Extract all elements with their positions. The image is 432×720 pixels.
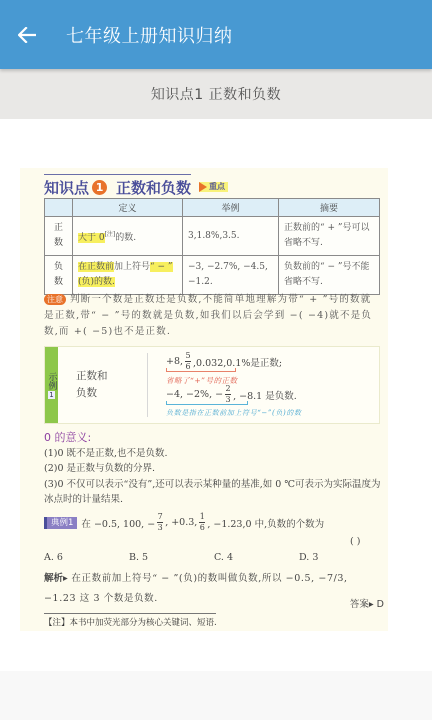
- zero-meaning-section: 0 的意义: (1)0 既不是正数,也不是负数. (2)0 是正数与负数的分界.…: [44, 430, 384, 508]
- footnote-mark: [注]: [105, 231, 116, 238]
- table-header: [45, 199, 73, 217]
- zero-meaning-item: (1)0 既不是正数,也不是负数.: [44, 446, 384, 462]
- kp-title-text: 正数和负数: [116, 177, 191, 198]
- choice-c: C. 4: [214, 552, 299, 563]
- footnote: 【注】本书中加荧光部分为核心关键词、短语.: [44, 613, 216, 628]
- numerator: 1: [200, 513, 205, 521]
- example-label-line: 正数和: [76, 368, 147, 385]
- knowledge-point-title: 知识点 1 正数和负数: [44, 174, 191, 200]
- attention-note: 注意判断一个数是正数还是负数,不能简单地理解为带“ + ”号的数就是正数,带“ …: [44, 292, 380, 340]
- kp-number-badge: 1: [92, 180, 107, 195]
- table-row: 正数 大于 0[注]的数. 3,1.8%,3.5. 正数前的“ + ”号可以省略…: [45, 217, 380, 256]
- example-cell: 3,1.8%,3.5.: [183, 217, 279, 256]
- analysis: 解析▸ 在正数前加上符号“ − ”(负)的数叫做负数,所以 −0.5, −7/3…: [44, 569, 384, 609]
- example-label: 正数和 负数: [58, 353, 148, 417]
- text: , −8.1 是负数.: [233, 388, 297, 402]
- textbook-page-image[interactable]: 知识点 1 正数和负数 重点 定义 举例 摘要 正数 大于 0[注]的数.: [20, 168, 388, 631]
- choice-b: B. 5: [129, 552, 214, 563]
- fraction: 16: [199, 513, 205, 532]
- answer: 答案▸ D: [350, 595, 384, 615]
- row-label: 负数: [45, 256, 73, 295]
- row-label: 正数: [45, 217, 73, 256]
- text: 在 −0.5, 100, −: [81, 516, 155, 530]
- typical-example: 典例1 在 −0.5, 100, − 73 , +0.3, 16 , −1.23…: [44, 513, 384, 532]
- text: , −1.23,0 中,负数的个数为: [207, 516, 324, 530]
- example-box: 示例 1 正数和 负数 +8, 56 ,0.032,0.1%是正数; 省略了“+…: [44, 346, 380, 424]
- highlighted-text: (负)的数.: [78, 277, 115, 287]
- example-content: +8, 56 ,0.032,0.1%是正数; 省略了“+”号的正数 −4, −2…: [148, 347, 379, 423]
- note-text: 判断一个数是正数还是负数,不能简单地理解为带“ + ”号的数就是正数,带“ − …: [44, 294, 372, 337]
- answer-blank: ( ): [350, 536, 360, 547]
- analysis-text: −1.23 这 3 个数是负数.: [44, 589, 384, 609]
- definition-text: 加上符号: [114, 262, 150, 272]
- content-area[interactable]: 知识点 1 正数和负数 重点 定义 举例 摘要 正数 大于 0[注]的数.: [0, 119, 432, 671]
- highlighted-text: 大于 0: [78, 233, 105, 243]
- analysis-label: 解析▸: [44, 573, 68, 584]
- zero-meaning-item: (2)0 是正数与负数的分界.: [44, 461, 384, 477]
- denominator: 3: [158, 524, 163, 532]
- question: 典例1 在 −0.5, 100, − 73 , +0.3, 16 , −1.23…: [44, 513, 384, 532]
- summary-cell: 负数前的“ − ”号不能省略不写.: [279, 256, 380, 295]
- red-bracket-underline: [166, 368, 236, 372]
- numerator: 2: [226, 385, 231, 393]
- table-header: 举例: [183, 199, 279, 217]
- fraction: 73: [157, 513, 163, 532]
- bottom-area: [0, 671, 432, 720]
- text: −4, −2%, −: [166, 389, 223, 400]
- definition-table: 定义 举例 摘要 正数 大于 0[注]的数. 3,1.8%,3.5. 正数前的“…: [44, 198, 380, 295]
- analysis-text: 在正数前加上符号“ − ”(负)的数叫做负数,所以 −0.5, −7/3,: [71, 573, 347, 584]
- typical-example-badge: 典例1: [44, 517, 77, 529]
- definition-text: 的数.: [115, 233, 136, 243]
- choice-d: D. 3: [299, 552, 384, 563]
- table-row: 负数 在正数前加上符号“ − ”(负)的数. −3, −2.7%, −4.5, …: [45, 256, 380, 295]
- arrow-left-icon: [18, 27, 36, 43]
- example-tab-label: 示例: [47, 372, 57, 390]
- definition-cell: 在正数前加上符号“ − ”(负)的数.: [73, 256, 183, 295]
- numerator: 5: [185, 352, 190, 360]
- summary-cell: 正数前的“ + ”号可以省略不写.: [279, 217, 380, 256]
- subheader: 知识点1 正数和负数: [0, 69, 432, 119]
- table-header: 定义: [73, 199, 183, 217]
- zero-meaning-item: (3)0 不仅可以表示“没有”,还可以表示某种量的基准,如 0 ℃可表示为实际温…: [44, 477, 384, 508]
- choice-a: A. 6: [44, 552, 129, 563]
- definition-cell: 大于 0[注]的数.: [73, 217, 183, 256]
- example-label-line: 负数: [76, 385, 147, 402]
- highlighted-text: 在正数前: [78, 262, 114, 272]
- kp-label: 知识点: [44, 177, 89, 198]
- numerator: 7: [158, 513, 163, 521]
- knowledge-point-header: 知识点 1 正数和负数 重点: [44, 174, 228, 200]
- highlighted-text: “ − ”: [150, 262, 172, 272]
- blue-bracket-underline: [166, 401, 248, 405]
- example-cell: −3, −2.7%, −4.5, −1.2.: [183, 256, 279, 295]
- denominator: 6: [200, 524, 205, 532]
- app-title: 七年级上册知识归纳: [66, 22, 233, 48]
- text: , +0.3,: [165, 517, 197, 528]
- example-tab: 示例 1: [45, 347, 58, 423]
- attention-badge: 注意: [44, 294, 66, 305]
- page-title: 知识点1 正数和负数: [151, 84, 281, 104]
- key-point-badge: 重点: [199, 182, 228, 192]
- table-header-row: 定义 举例 摘要: [45, 199, 380, 217]
- choices: A. 6 B. 5 C. 4 D. 3: [44, 552, 384, 563]
- zero-meaning-title: 0 的意义:: [44, 430, 384, 446]
- app-bar: 七年级上册知识归纳: [0, 0, 432, 69]
- text: +8,: [166, 356, 183, 367]
- text: ,0.032,0.1%是正数;: [193, 355, 282, 369]
- handwritten-note-blue: 负数是指在正数前加上符号“−”(负)的数: [166, 408, 301, 418]
- key-point-label: 重点: [209, 182, 225, 192]
- table-header: 摘要: [279, 199, 380, 217]
- play-triangle-icon: [199, 182, 207, 192]
- back-button[interactable]: [2, 0, 52, 69]
- example-tab-number: 1: [48, 391, 54, 399]
